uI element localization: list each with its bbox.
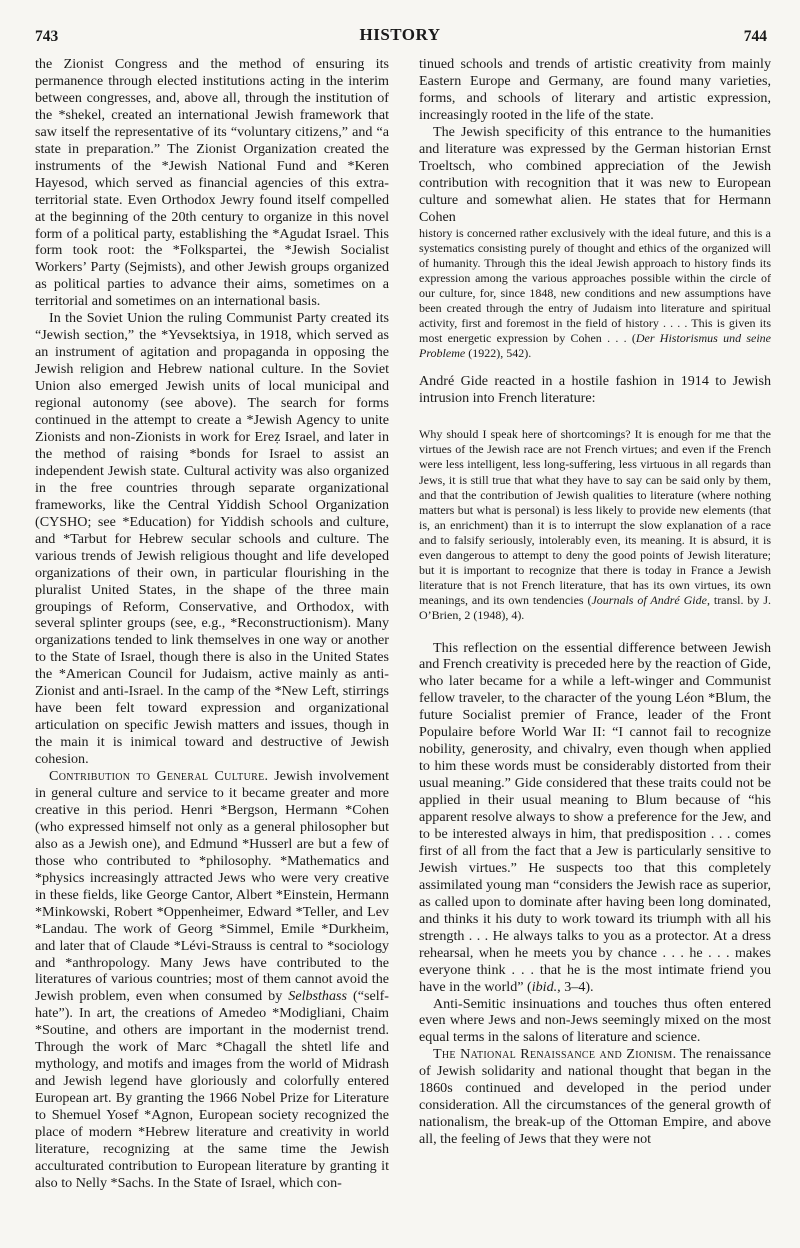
paragraph: the Zionist Congress and the method of e… [35,56,389,310]
block-quote: Why should I speak here of shortcomings?… [419,427,771,623]
citation-ibid: ibid. [532,979,557,995]
citation-title: Journals of André Gide [591,593,706,607]
paragraph: Contribution to General Culture. Jewish … [35,768,389,1192]
running-title: HISTORY [0,25,800,45]
running-header: 743 HISTORY 744 [0,24,800,48]
block-quote: history is concerned rather exclusively … [419,226,771,362]
paragraph: The National Renaissance and Zionism. Th… [419,1046,771,1148]
paragraph: Anti-Semitic insinuations and touches th… [419,996,771,1047]
paragraph: André Gide reacted in a hostile fashion … [419,373,771,407]
paragraph: tinued schools and trends of artistic cr… [419,56,771,124]
document-page: 743 HISTORY 744 the Zionist Congress and… [0,0,800,1248]
paragraph: In the Soviet Union the ruling Communist… [35,310,389,768]
paragraph: This reflection on the essential differe… [419,640,771,996]
section-heading: Contribution to General Culture. [49,768,268,784]
page-number-right: 744 [744,28,767,46]
paragraph: The Jewish specificity of this entrance … [419,124,771,226]
right-column: tinued schools and trends of artistic cr… [419,56,771,1148]
italic-term: Selbsthass [288,988,347,1004]
left-column: the Zionist Congress and the method of e… [35,56,389,1192]
section-heading: The National Renaissance and Zionism. [433,1046,676,1062]
